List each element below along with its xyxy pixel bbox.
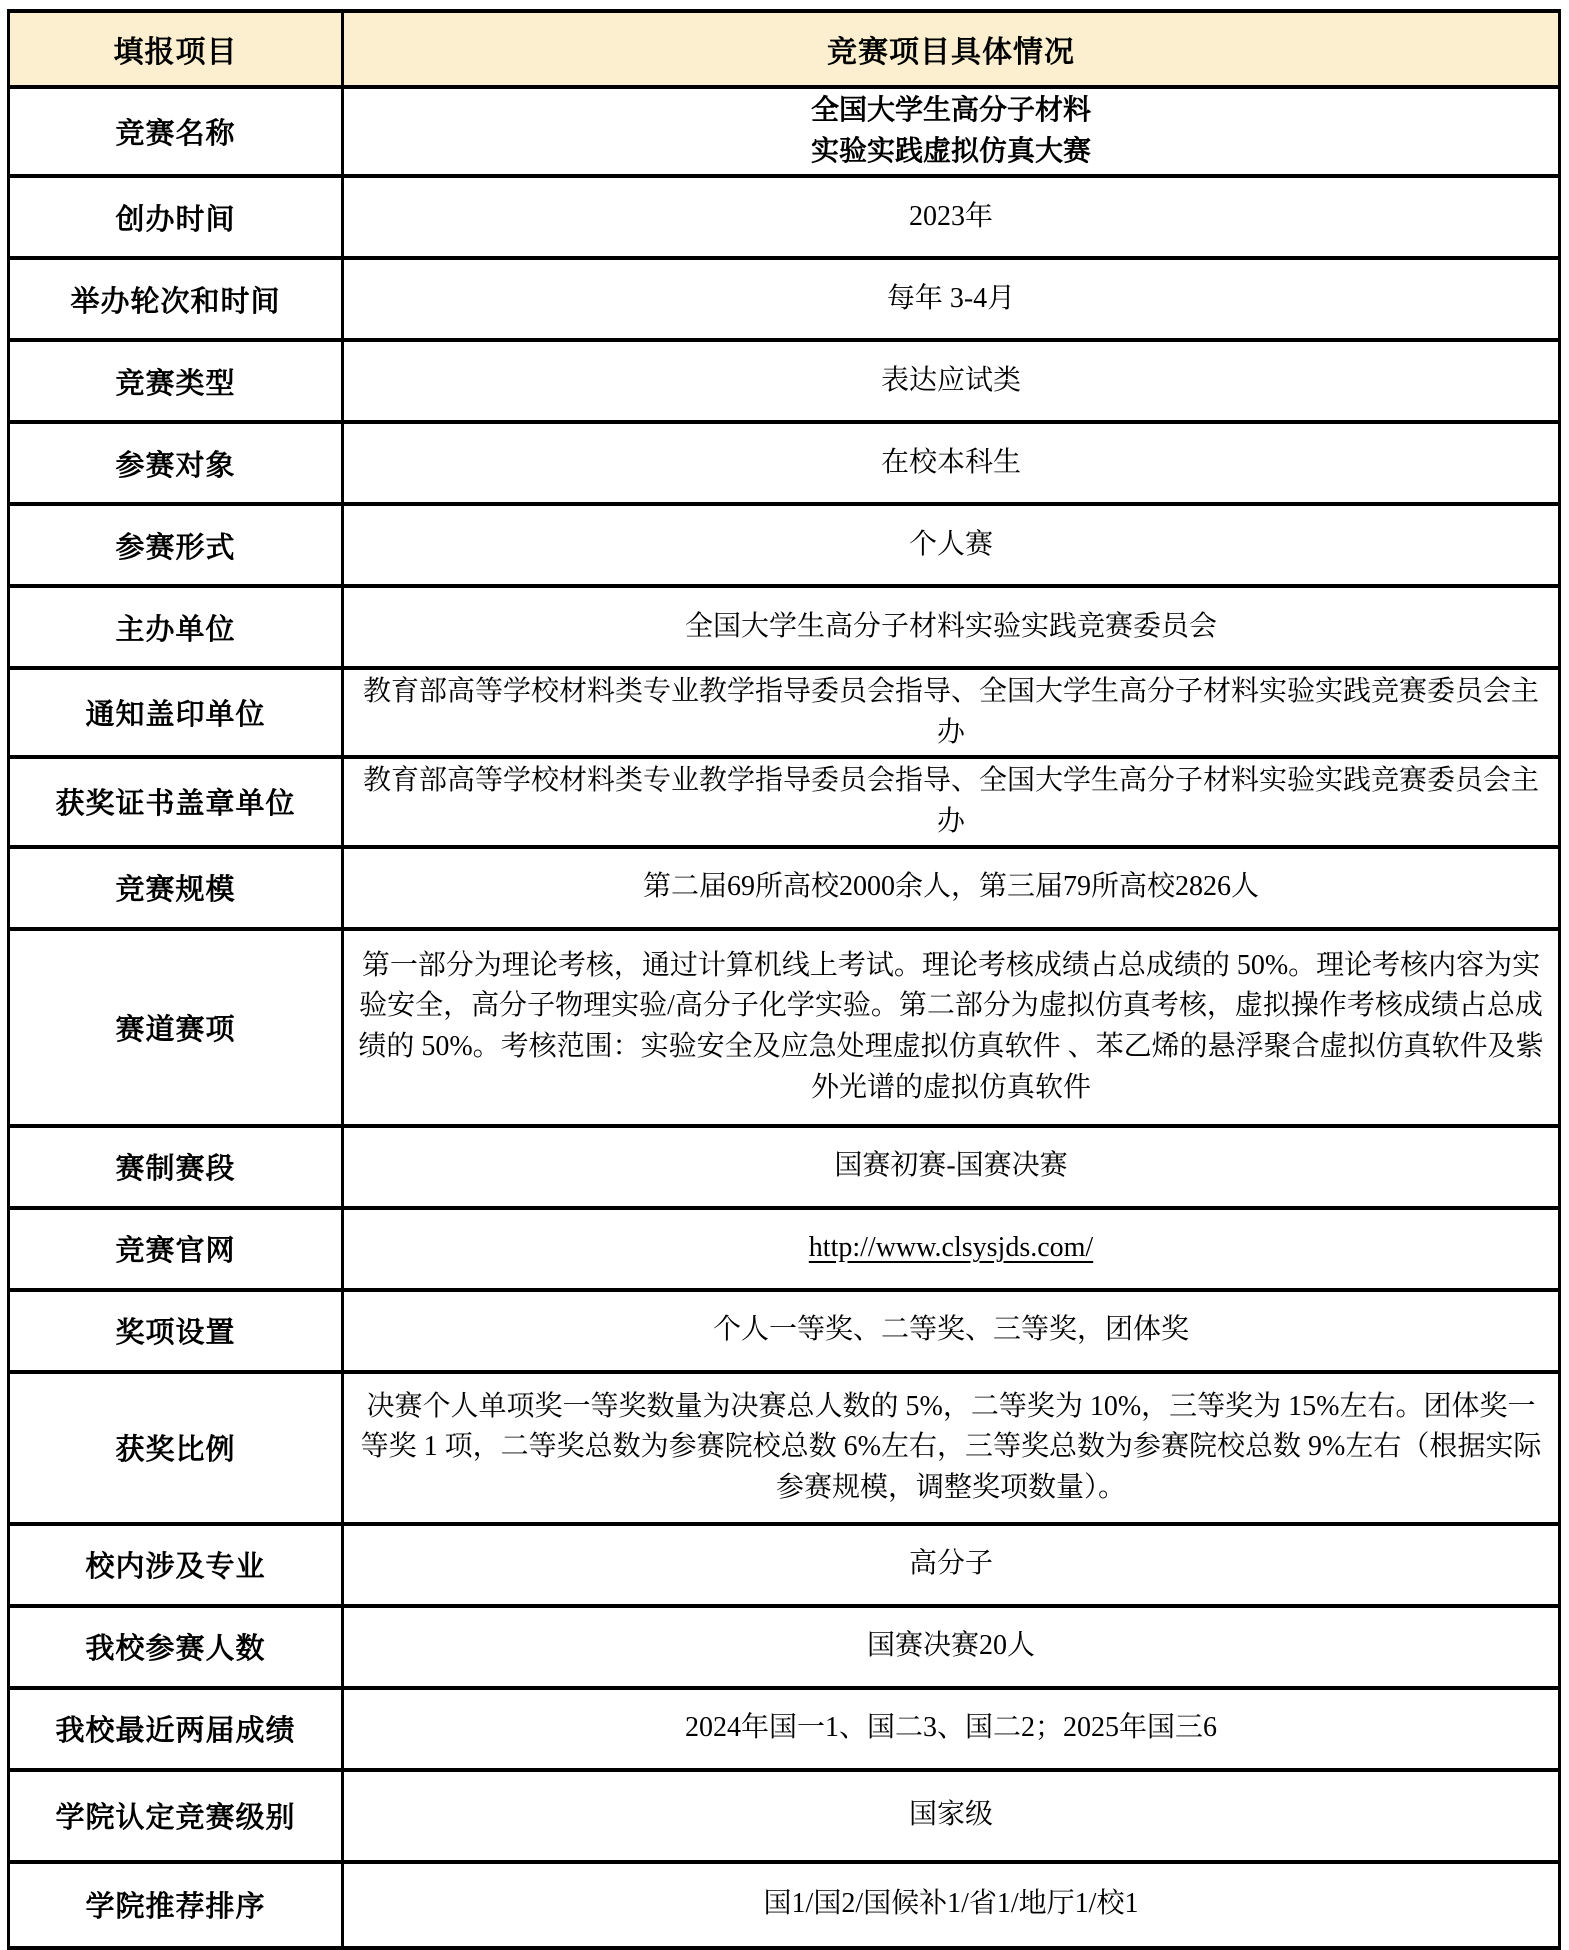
row-value: 国赛初赛-国赛决赛 <box>343 1126 1560 1208</box>
row-label: 竞赛类型 <box>9 340 343 422</box>
row-label: 参赛形式 <box>9 504 343 586</box>
official-website-link[interactable]: http://www.clsysjds.com/ <box>809 1232 1093 1263</box>
row-label: 举办轮次和时间 <box>9 258 343 340</box>
row-label: 获奖证书盖章单位 <box>9 757 343 846</box>
table-row: 学院认定竞赛级别国家级 <box>9 1770 1560 1862</box>
row-value: 个人赛 <box>343 504 1560 586</box>
table-row: 赛制赛段国赛初赛-国赛决赛 <box>9 1126 1560 1208</box>
table-row: 竞赛名称全国大学生高分子材料 实验实践虚拟仿真大赛 <box>9 87 1560 176</box>
row-label: 参赛对象 <box>9 422 343 504</box>
table-header-row: 填报项目 竞赛项目具体情况 <box>9 11 1560 87</box>
row-value: 教育部高等学校材料类专业教学指导委员会指导、全国大学生高分子材料实验实践竞赛委员… <box>343 757 1560 846</box>
row-value: 高分子 <box>343 1524 1560 1606</box>
table-row: 参赛形式个人赛 <box>9 504 1560 586</box>
row-label: 学院推荐排序 <box>9 1862 343 1948</box>
row-value: 每年 3-4月 <box>343 258 1560 340</box>
table-row: 学院推荐排序国1/国2/国候补1/省1/地厅1/校1 <box>9 1862 1560 1948</box>
row-value: 表达应试类 <box>343 340 1560 422</box>
row-label: 奖项设置 <box>9 1290 343 1372</box>
table-row: 获奖证书盖章单位教育部高等学校材料类专业教学指导委员会指导、全国大学生高分子材料… <box>9 757 1560 846</box>
header-label-col: 填报项目 <box>9 11 343 87</box>
row-value: http://www.clsysjds.com/ <box>343 1208 1560 1290</box>
row-label: 我校参赛人数 <box>9 1606 343 1688</box>
row-label: 主办单位 <box>9 586 343 668</box>
row-value: 国赛决赛20人 <box>343 1606 1560 1688</box>
table-row: 我校参赛人数国赛决赛20人 <box>9 1606 1560 1688</box>
table-row: 竞赛类型表达应试类 <box>9 340 1560 422</box>
row-label: 获奖比例 <box>9 1372 343 1524</box>
table-row: 我校最近两届成绩2024年国一1、国二3、国二2；2025年国三6 <box>9 1688 1560 1770</box>
row-value: 在校本科生 <box>343 422 1560 504</box>
competition-info-table: 填报项目 竞赛项目具体情况 竞赛名称全国大学生高分子材料 实验实践虚拟仿真大赛创… <box>7 9 1561 1950</box>
row-value: 全国大学生高分子材料实验实践竞赛委员会 <box>343 586 1560 668</box>
table-row: 通知盖印单位教育部高等学校材料类专业教学指导委员会指导、全国大学生高分子材料实验… <box>9 668 1560 757</box>
row-label: 我校最近两届成绩 <box>9 1688 343 1770</box>
page: 填报项目 竞赛项目具体情况 竞赛名称全国大学生高分子材料 实验实践虚拟仿真大赛创… <box>0 0 1569 1929</box>
table-row: 获奖比例决赛个人单项奖一等奖数量为决赛总人数的 5%，二等奖为 10%，三等奖为… <box>9 1372 1560 1524</box>
row-value: 第二届69所高校2000余人，第三届79所高校2826人 <box>343 847 1560 929</box>
row-value: 国家级 <box>343 1770 1560 1862</box>
row-value: 教育部高等学校材料类专业教学指导委员会指导、全国大学生高分子材料实验实践竞赛委员… <box>343 668 1560 757</box>
row-label: 赛道赛项 <box>9 929 343 1126</box>
row-value: 国1/国2/国候补1/省1/地厅1/校1 <box>343 1862 1560 1948</box>
row-value: 2024年国一1、国二3、国二2；2025年国三6 <box>343 1688 1560 1770</box>
header-value-col: 竞赛项目具体情况 <box>343 11 1560 87</box>
row-label: 学院认定竞赛级别 <box>9 1770 343 1862</box>
table-row: 竞赛规模第二届69所高校2000余人，第三届79所高校2826人 <box>9 847 1560 929</box>
row-value: 全国大学生高分子材料 实验实践虚拟仿真大赛 <box>343 87 1560 176</box>
table-row: 竞赛官网http://www.clsysjds.com/ <box>9 1208 1560 1290</box>
row-label: 竞赛名称 <box>9 87 343 176</box>
row-value: 第一部分为理论考核，通过计算机线上考试。理论考核成绩占总成绩的 50%。理论考核… <box>343 929 1560 1126</box>
table-row: 主办单位全国大学生高分子材料实验实践竞赛委员会 <box>9 586 1560 668</box>
table-row: 参赛对象在校本科生 <box>9 422 1560 504</box>
table-row: 赛道赛项第一部分为理论考核，通过计算机线上考试。理论考核成绩占总成绩的 50%。… <box>9 929 1560 1126</box>
table-row: 创办时间2023年 <box>9 176 1560 258</box>
row-label: 校内涉及专业 <box>9 1524 343 1606</box>
table-body: 竞赛名称全国大学生高分子材料 实验实践虚拟仿真大赛创办时间2023年举办轮次和时… <box>9 87 1560 1948</box>
row-label: 通知盖印单位 <box>9 668 343 757</box>
table-row: 举办轮次和时间每年 3-4月 <box>9 258 1560 340</box>
row-value: 决赛个人单项奖一等奖数量为决赛总人数的 5%，二等奖为 10%，三等奖为 15%… <box>343 1372 1560 1524</box>
row-value: 2023年 <box>343 176 1560 258</box>
row-label: 竞赛官网 <box>9 1208 343 1290</box>
row-label: 赛制赛段 <box>9 1126 343 1208</box>
row-label: 竞赛规模 <box>9 847 343 929</box>
table-row: 校内涉及专业高分子 <box>9 1524 1560 1606</box>
table-row: 奖项设置个人一等奖、二等奖、三等奖，团体奖 <box>9 1290 1560 1372</box>
row-value: 个人一等奖、二等奖、三等奖，团体奖 <box>343 1290 1560 1372</box>
row-label: 创办时间 <box>9 176 343 258</box>
